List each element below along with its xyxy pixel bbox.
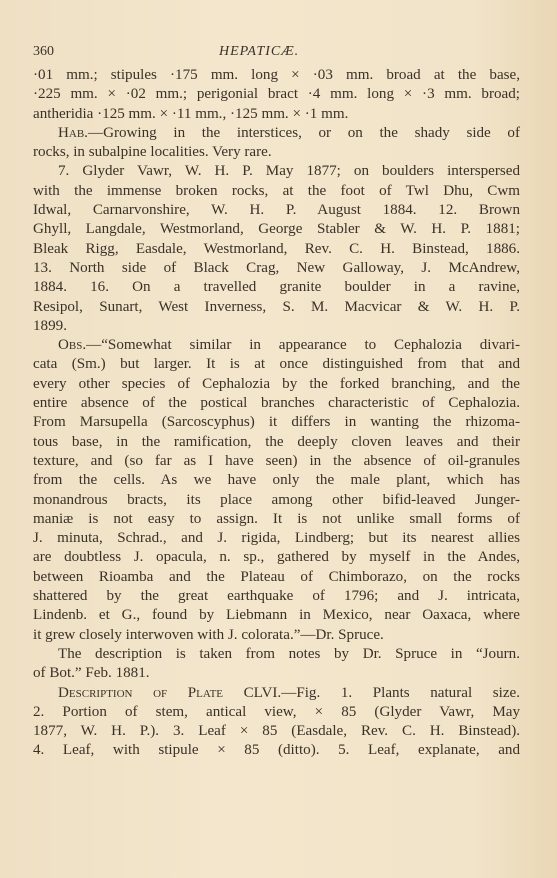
text-line: 13. North side of Black Crag, New Gallow… <box>33 259 520 278</box>
text-line: it grew closely interwoven with J. color… <box>33 626 520 645</box>
text-line: 1877, W. H. P.). 3. Leaf × 85 (Easdale, … <box>33 722 520 741</box>
text-line: Hab.—Growing in the interstices, or on t… <box>33 124 520 143</box>
running-head: 360 HEPATICÆ. <box>33 44 520 66</box>
text-line: between Rioamba and the Plateau of Chimb… <box>33 568 520 587</box>
text-line: ·225 mm. × ·02 mm.; perigonial bract ·4 … <box>33 85 520 104</box>
paragraph-localities: 7. Glyder Vawr, W. H. P. May 1877; on bo… <box>33 162 520 336</box>
text-line: texture, and (so far as I have seen) in … <box>33 452 520 471</box>
body-text: ·01 mm.; stipules ·175 mm. long × ·03 mm… <box>33 66 520 761</box>
paragraph-source-note: The description is taken from notes by D… <box>33 645 520 684</box>
text-line: are doubtless J. opacula, n. sp., gather… <box>33 548 520 567</box>
text-segment: —Growing in the interstices, or on the s… <box>88 125 520 141</box>
paragraph-measurements: ·01 mm.; stipules ·175 mm. long × ·03 mm… <box>33 66 520 124</box>
section-title: HEPATICÆ. <box>219 44 299 60</box>
text-line: entire absence of the postical branches … <box>33 394 520 413</box>
text-line: The description is taken from notes by D… <box>33 645 520 664</box>
text-line: antheridia ·125 mm. × ·11 mm., ·125 mm. … <box>33 105 520 124</box>
text-line: with the immense broken rocks, at the fo… <box>33 182 520 201</box>
paragraph-observations: Obs.—“Somewhat similar in appearance to … <box>33 336 520 645</box>
text-line: rocks, in subalpine localities. Very rar… <box>33 143 520 162</box>
text-line: every other species of Cephalozia by the… <box>33 375 520 394</box>
text-line: From Marsupella (Sarcoscyphus) it differ… <box>33 413 520 432</box>
plate-description-label: Description of Plate CLVI. <box>58 685 281 701</box>
text-line: Ghyll, Langdale, Westmorland, George Sta… <box>33 220 520 239</box>
page-number: 360 <box>33 44 54 60</box>
text-line: of Bot.” Feb. 1881. <box>33 664 520 683</box>
text-segment: —“Somewhat similar in appearance to Ceph… <box>86 337 520 353</box>
text-line: 2. Portion of stem, antical view, × 85 (… <box>33 703 520 722</box>
text-line: Idwal, Carnarvonshire, W. H. P. August 1… <box>33 201 520 220</box>
text-line: Description of Plate CLVI.—Fig. 1. Plant… <box>33 684 520 703</box>
text-line: tous base, in the ramification, the deep… <box>33 433 520 452</box>
text-line: Obs.—“Somewhat similar in appearance to … <box>33 336 520 355</box>
text-line: 1899. <box>33 317 520 336</box>
text-line: Lindenb. et G., found by Liebmann in Mex… <box>33 606 520 625</box>
text-line: ·01 mm.; stipules ·175 mm. long × ·03 mm… <box>33 66 520 85</box>
book-page: 360 HEPATICÆ. ·01 mm.; stipules ·175 mm.… <box>33 44 520 761</box>
text-line: 4. Leaf, with stipule × 85 (ditto). 5. L… <box>33 741 520 760</box>
text-line: J. minuta, Schrad., and J. rigida, Lindb… <box>33 529 520 548</box>
observations-label: Obs. <box>58 337 86 353</box>
habitat-label: Hab. <box>58 125 88 141</box>
paragraph-habitat: Hab.—Growing in the interstices, or on t… <box>33 124 520 163</box>
text-line: from the cells. As we have only the male… <box>33 471 520 490</box>
text-line: maniæ is not easy to assign. It is not u… <box>33 510 520 529</box>
text-line: 1884. 16. On a travelled granite boulder… <box>33 278 520 297</box>
text-line: Resipol, Sunart, West Inverness, S. M. M… <box>33 298 520 317</box>
text-segment: —Fig. 1. Plants natural size. <box>281 685 520 701</box>
paragraph-plate-description: Description of Plate CLVI.—Fig. 1. Plant… <box>33 684 520 761</box>
text-line: shattered by the great earthquake of 179… <box>33 587 520 606</box>
text-line: monandrous bracts, its place among other… <box>33 491 520 510</box>
text-line: cata (Sm.) but larger. It is at once dis… <box>33 355 520 374</box>
text-line: 7. Glyder Vawr, W. H. P. May 1877; on bo… <box>33 162 520 181</box>
text-line: Bleak Rigg, Easdale, Westmorland, Rev. C… <box>33 240 520 259</box>
